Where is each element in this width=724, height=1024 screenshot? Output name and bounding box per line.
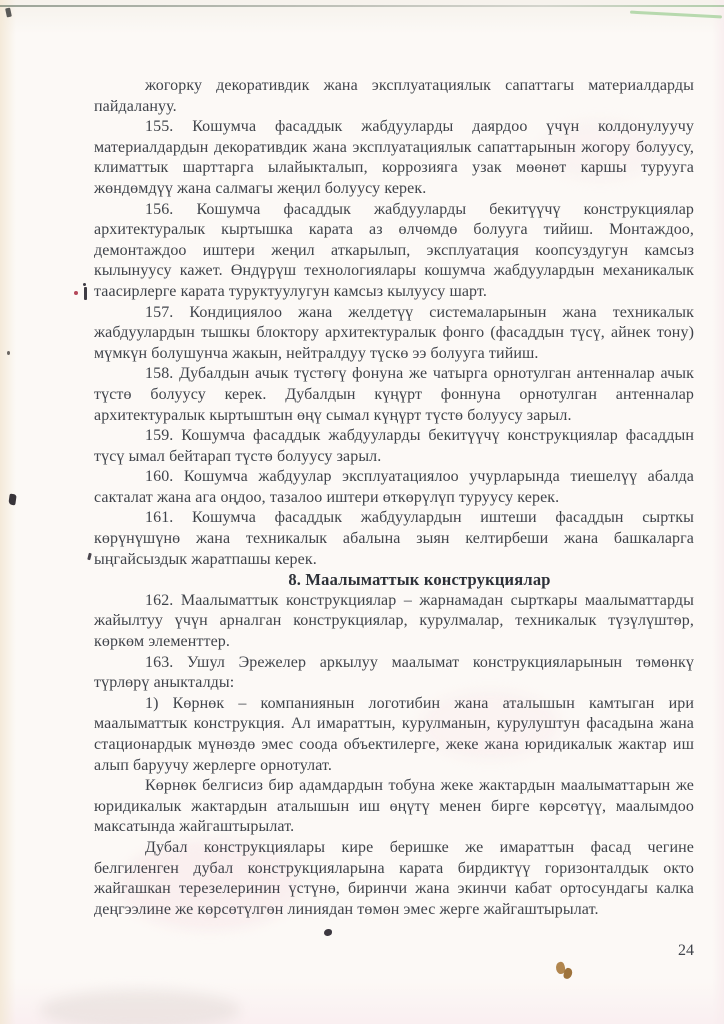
paragraph-159: 159. Кошумча фасаддык жабдууларды бекитү… [94,426,694,467]
paragraph-158: 158. Дубалдын ачык түстөгү фонуна же чат… [94,364,694,426]
document-page: жогорку декоративдик жана эксплуатациялы… [0,0,724,1024]
margin-ink-blob [8,494,16,506]
paragraph-signboard-purpose: Көрнөк белгисиз бир адамдардын тобуна же… [94,776,694,838]
ink-mark-top-left [5,8,12,18]
edge-ink-dot [7,351,10,355]
paragraph-163: 163. Ушул Эрежелер аркылуу маалымат конс… [94,653,694,694]
document-body-text: жогорку декоративдик жана эксплуатациялы… [94,76,694,920]
paragraph-wall-constructions: Дубал конструкциялары кире беришке же им… [94,838,694,920]
ink-speck-near-text [324,929,332,936]
scanner-edge-green-streak [630,11,722,19]
paragraph-161: 161. Кошумча фасаддык жабдуулардын иштеш… [94,508,694,570]
section-heading: 8. Маалыматтык конструкциялар [94,570,694,591]
paragraph-list-item-1: 1) Көрнөк – компаниянын логотибин жана а… [94,694,694,776]
scanner-edge-line [0,5,724,7]
stray-apostrophe-mark [87,553,92,561]
scan-mottle [40,990,240,1024]
paragraph-160: 160. Кошумча жабдуулар эксплуатациялоо у… [94,467,694,508]
paragraph-157: 157. Кондициялоо жана желдетүү системала… [94,303,694,365]
brown-stain [563,967,574,980]
paragraph-162: 162. Маалыматтык конструкциялар – жарнам… [94,591,694,653]
paragraph-156: 156. Кошумча фасаддык жабдууларды бекитү… [94,200,694,303]
page-number: 24 [678,942,694,960]
paragraph-continuation: жогорку декоративдик жана эксплуатациялы… [94,76,694,117]
margin-red-dot [74,291,78,295]
paragraph-155: 155. Кошумча фасаддык жабдууларды даярдо… [94,117,694,199]
brown-stain [555,961,567,975]
margin-ink-mark [84,287,87,300]
